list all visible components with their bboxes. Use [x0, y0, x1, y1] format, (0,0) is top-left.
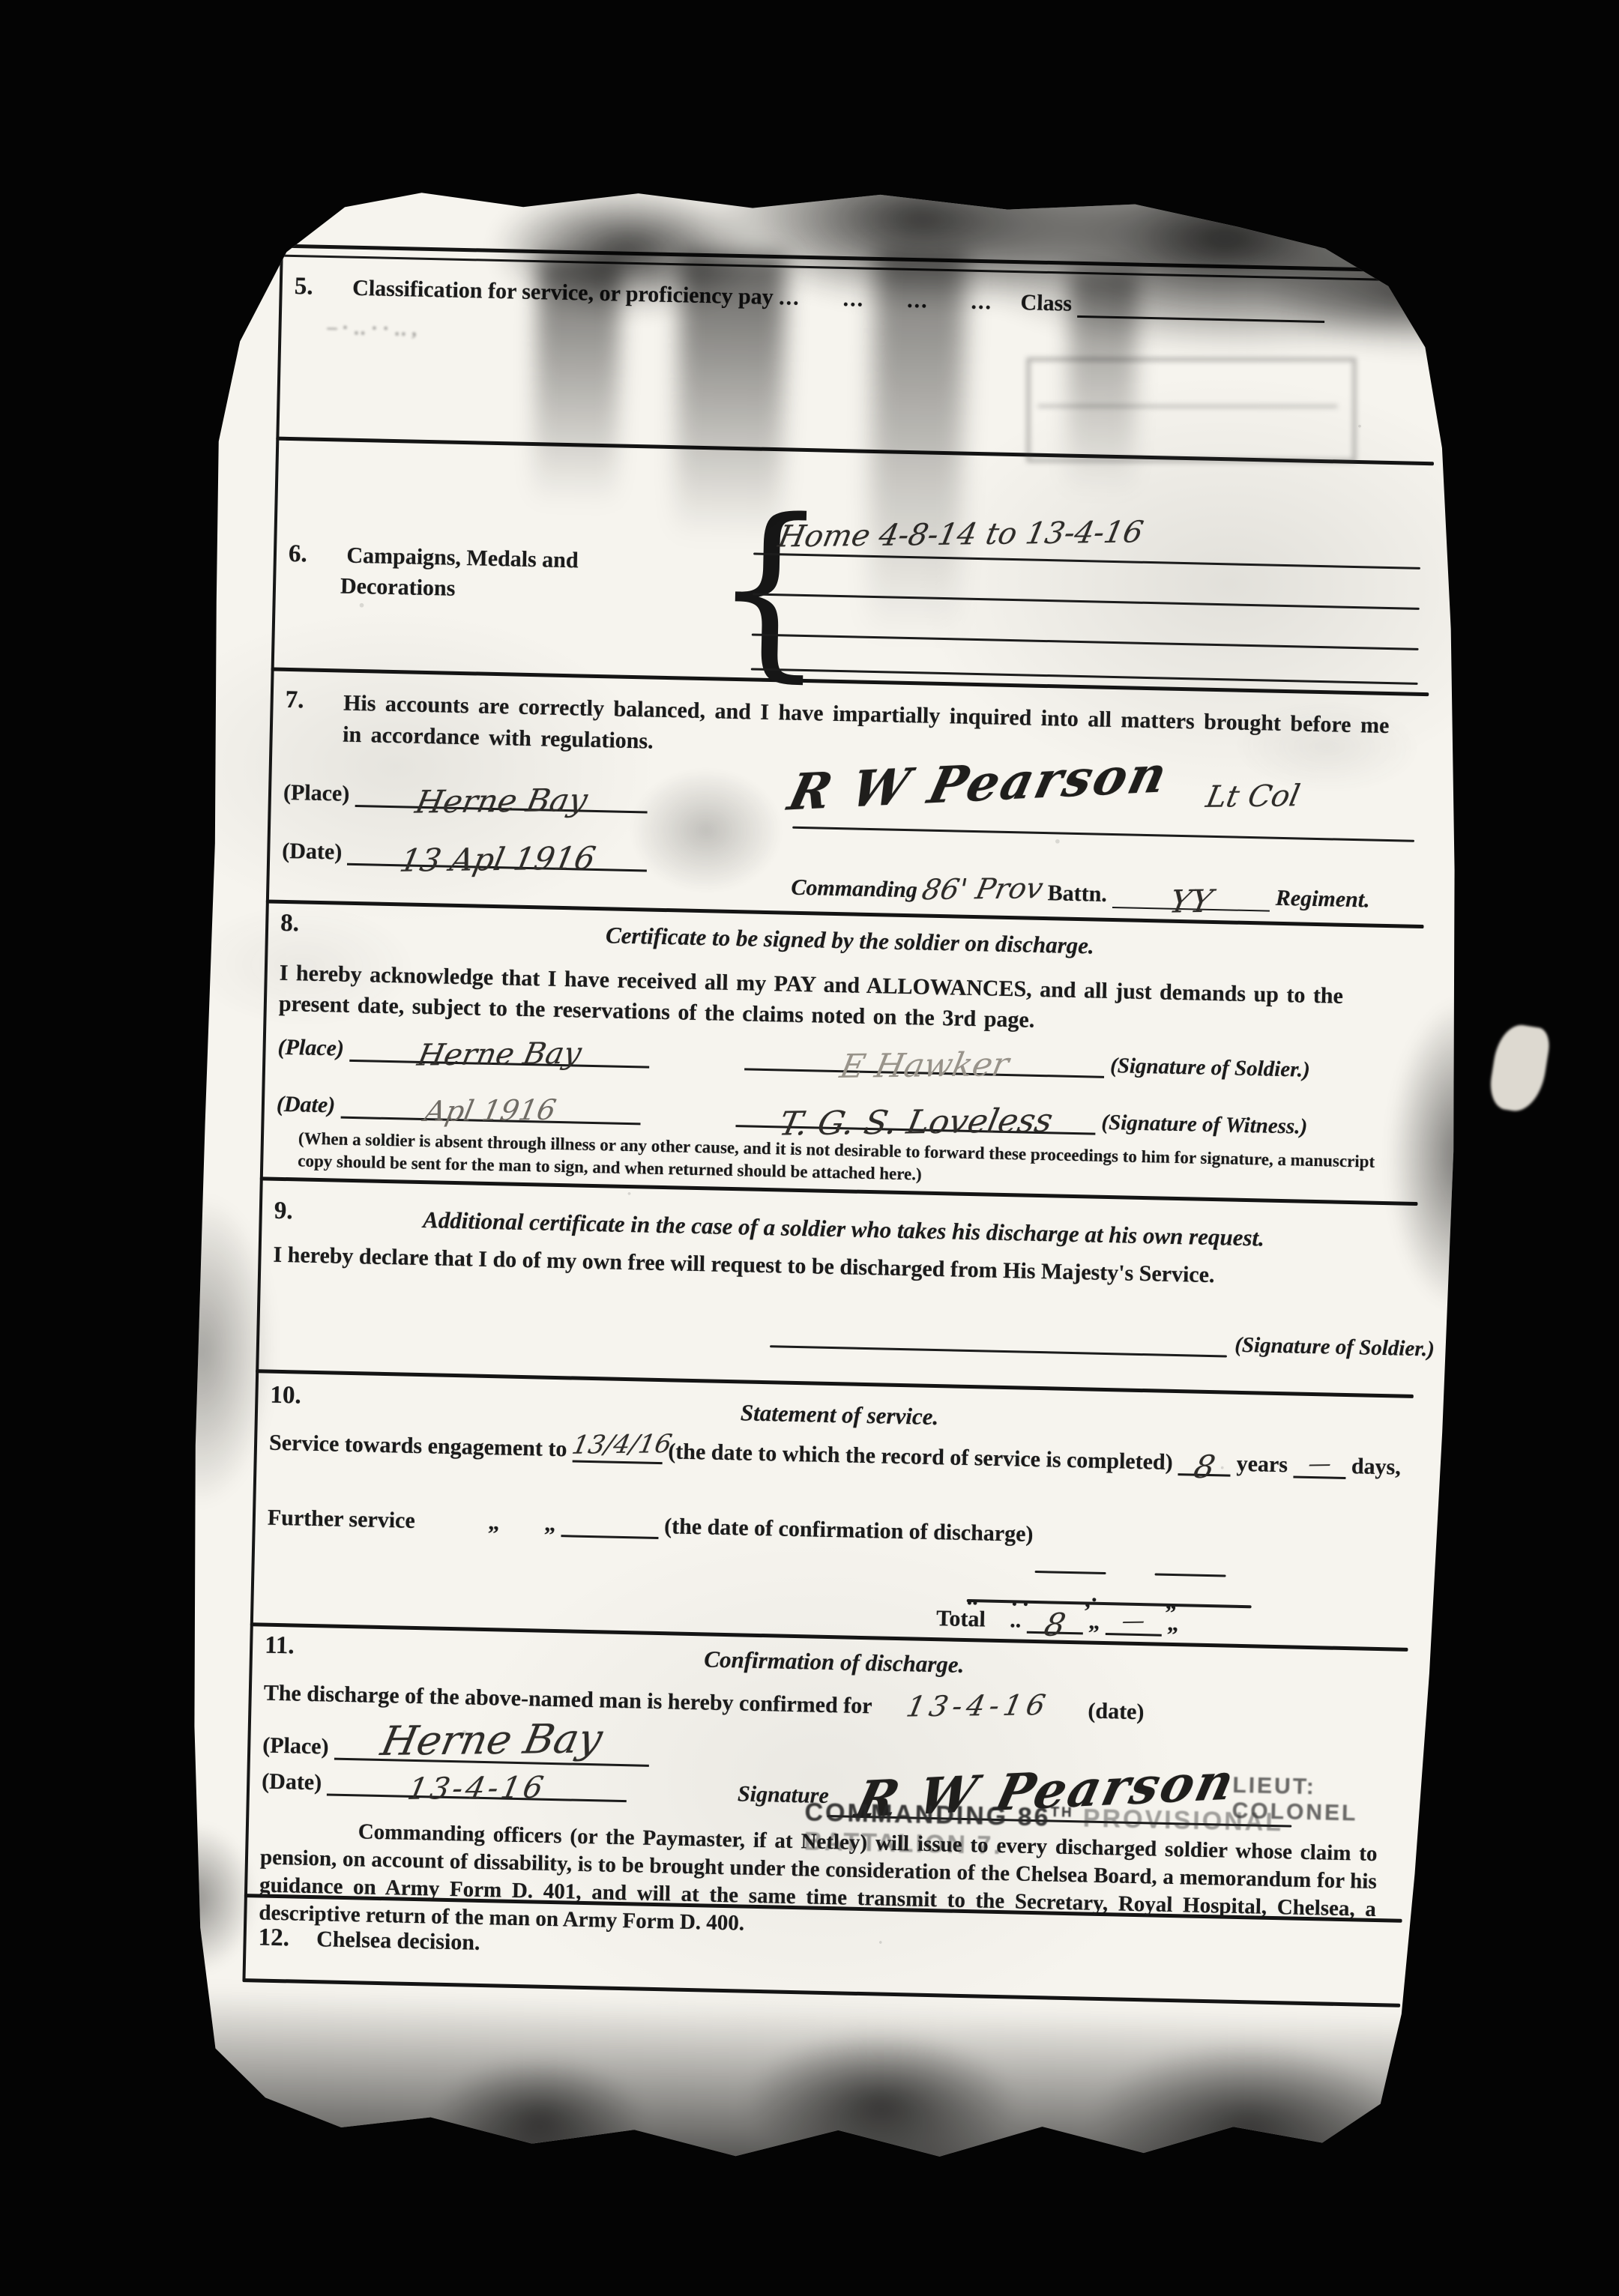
class-blank-line	[1077, 290, 1325, 323]
confirmation-date-handwriting: 13-4-16	[903, 1688, 1052, 1723]
years-label: years	[1236, 1451, 1288, 1477]
further-service-line	[561, 1509, 659, 1539]
place-stain	[622, 761, 790, 900]
section5-label: Classification for service, or proficien…	[352, 276, 774, 309]
section9-signature-line	[770, 1345, 1227, 1357]
date-line: 13-4-16	[327, 1768, 627, 1802]
battalion-label: Battn.	[1047, 880, 1107, 907]
section12-number: 12.	[258, 1924, 311, 1954]
co-signature-handwriting: R W Pearson	[783, 745, 1175, 822]
total-label: Total	[936, 1606, 986, 1631]
regiment-label: Regiment.	[1275, 886, 1370, 913]
place-label: (Place)	[283, 780, 350, 806]
section6-number: 6.	[289, 540, 342, 570]
engagement-post-label: (the date to which the record of service…	[668, 1439, 1173, 1475]
date-line: Apl 1916	[340, 1091, 641, 1126]
date-handwriting: 13-4-16	[405, 1771, 549, 1807]
bottom-torn-smudge	[129, 1987, 1498, 2242]
dot-leaders: ... ... ... ...	[779, 285, 993, 314]
engagement-date-line: 13/4/16	[573, 1434, 663, 1464]
place-handwriting: Herne Bay	[414, 1036, 584, 1073]
campaigns-line-3	[752, 633, 1419, 650]
faint-stamp-box-line	[1037, 405, 1337, 408]
place-label: (Place)	[277, 1035, 344, 1061]
date-hint-label: (date)	[1088, 1699, 1145, 1725]
days-label: days,	[1351, 1454, 1402, 1479]
date-label: (Date)	[262, 1769, 322, 1795]
date-label: (Date)	[282, 839, 343, 865]
days-handwriting: —	[1306, 1451, 1333, 1477]
total-ditto: „	[1088, 1610, 1100, 1634]
section6-label-line1: Campaigns, Medals and	[346, 543, 579, 573]
further-service-post-label: (the date of confirmation of discharge)	[664, 1514, 1034, 1547]
total-days-line: —	[1105, 1607, 1162, 1637]
scanned-form-page: 5. Classification for service, or profic…	[175, 160, 1492, 2196]
soldier-signature-line: E Hawker	[744, 1042, 1105, 1078]
date-line: 13 Apl 1916	[347, 838, 648, 872]
total-ditto-2: „	[1167, 1611, 1179, 1636]
section7-signature-line	[792, 827, 1414, 842]
total-years-line: 8	[1026, 1606, 1083, 1635]
total-days-handwriting: —	[1120, 1608, 1148, 1634]
unit-stamp-commanding: COMMANDING 86	[804, 1798, 1051, 1831]
engagement-pre-label: Service towards engagement to	[269, 1431, 567, 1462]
total-dots: ..	[1010, 1607, 1022, 1632]
battalion-handwriting: 86' Prov	[919, 871, 1046, 906]
campaigns-entry-handwriting: Home 4-8-14 to 13-4-16	[775, 515, 1146, 554]
co-rank-handwriting: Lt Col	[1203, 779, 1303, 814]
further-service-row: Further service „ „ (the date of confirm…	[268, 1503, 1407, 1556]
class-label: Class	[1020, 290, 1072, 315]
place-handwriting: Herne Bay	[377, 1715, 606, 1765]
smudged-erased-marks: ‒ · ‥ · · ‥ ,	[327, 316, 1466, 363]
place-line: Herne Bay	[355, 779, 648, 813]
ditto-marks: „ „	[488, 1510, 556, 1536]
place-handwriting: Herne Bay	[412, 782, 591, 821]
section5-row: 5. Classification for service, or profic…	[294, 273, 1433, 325]
section9-signature-label: (Signature of Soldier.)	[1234, 1333, 1619, 1383]
torn-paper-fragment	[1486, 1021, 1552, 1115]
witness-signature-label: (Signature of Witness.)	[1101, 1111, 1307, 1139]
faint-stamp-box	[1026, 357, 1356, 462]
further-service-label: Further service	[268, 1505, 416, 1533]
witness-signature-handwriting: T. G. S. Loveless	[776, 1102, 1056, 1143]
years-line: 8	[1178, 1448, 1231, 1477]
place-label: (Place)	[262, 1733, 329, 1759]
unit-stamp-ordinal: TH	[1050, 1804, 1073, 1820]
commanding-label: Commanding	[791, 875, 917, 903]
date-handwriting: Apl 1916	[422, 1093, 559, 1128]
place-line: Herne Bay	[349, 1034, 650, 1069]
section8-place-row: (Place) Herne Bay E Hawker (Signature of…	[277, 1033, 1417, 1085]
years-handwriting: 8	[1191, 1448, 1219, 1485]
document-scan: { "s5": { "number": "5.", "label": "Clas…	[0, 0, 1619, 2296]
section12-bottom-rule	[242, 1978, 1400, 2008]
section8-body: I hereby acknowledge that I have receive…	[278, 958, 1403, 1044]
regiment-handwriting: YY	[1166, 883, 1216, 919]
soldier-signature-handwriting: E Hawker	[837, 1045, 1013, 1086]
place-line: Herne Bay	[334, 1713, 650, 1767]
regiment-line: YY	[1112, 881, 1270, 912]
section12-label: Chelsea decision.	[316, 1927, 480, 1955]
days-line: —	[1293, 1450, 1346, 1479]
date-handwriting: 13 Apl 1916	[397, 840, 598, 879]
witness-signature-line: T. G. S. Loveless	[736, 1099, 1097, 1135]
soldier-signature-label: (Signature of Soldier.)	[1110, 1054, 1310, 1082]
date-label: (Date)	[277, 1092, 336, 1118]
section5-number: 5.	[294, 273, 347, 302]
engagement-date-handwriting: 13/4/16	[570, 1429, 675, 1460]
section7-number: 7.	[285, 686, 338, 716]
section6-label-line2: Decorations	[340, 573, 456, 600]
